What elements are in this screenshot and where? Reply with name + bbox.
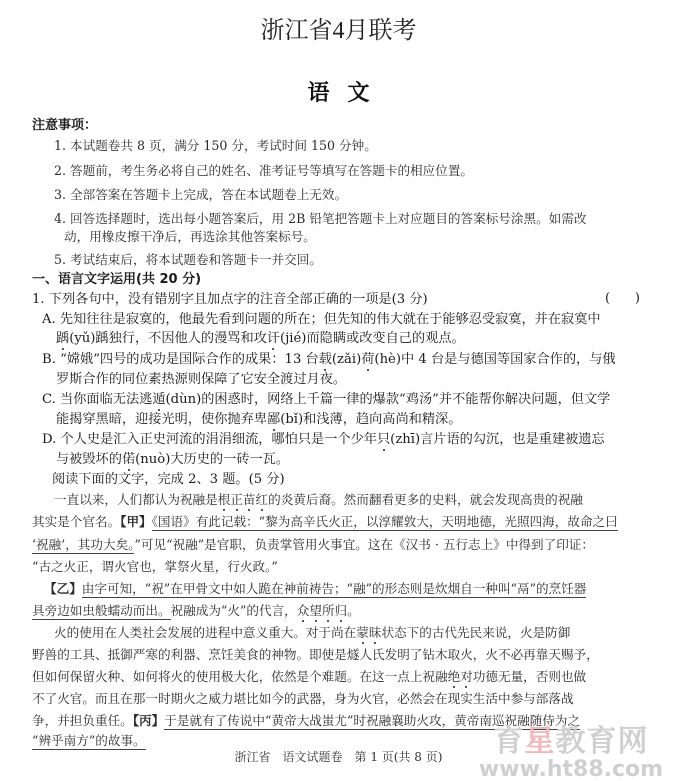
text-span: 状态下的古代先民来说，火是防御 bbox=[381, 625, 570, 640]
dotted-char: 众 bbox=[297, 603, 310, 618]
dotted-char: 正 bbox=[230, 492, 243, 507]
marker-yi: 【乙】 bbox=[44, 581, 82, 596]
text-span: 能揭穿黑暗，迎接光明，使你抛弃卑 bbox=[56, 412, 267, 427]
passage-p1-line-4: “古之火正，谓火官也，掌祭火星，行火政。” bbox=[32, 558, 278, 576]
text-span: C. 当你面临无法逃 bbox=[42, 392, 152, 407]
text-span: (bǐ)和浅薄，趋向高尚和精深。 bbox=[280, 412, 461, 427]
option-a-line-2: 踽(yǔ)踽独行，不因他人的漫骂和攻讦(jié)而隐瞒或改变自己的观点。 bbox=[56, 330, 465, 348]
text-span: (yǔ)踽独行，不因他人的漫骂和攻 bbox=[69, 331, 267, 346]
dotted-char: 踽 bbox=[56, 331, 69, 346]
notice-item-3: 3. 全部答案在答题卡上完成，答在本试题卷上无效。 bbox=[54, 186, 347, 204]
option-b-line-2: 罗斯合作的同位素热源则保障了它安全渡过月夜。 bbox=[56, 371, 346, 389]
text-span: D. 个人史是汇入正史河流的涓涓细流，哪怕只是一个少年 bbox=[42, 432, 377, 447]
passage-p3-line-2: 野兽的工具、抵御严寒的利器、烹饪美食的神物。即使是燧人氏发明了钻木取火，火不必再… bbox=[32, 646, 599, 664]
text-span: 。 bbox=[347, 603, 360, 618]
exam-title: 浙江省4月联考 bbox=[0, 10, 677, 45]
dotted-char: 鄙 bbox=[267, 412, 280, 427]
text-span: 但如何保留火种、如何将火的使用极大化，依然是个难题。在这一点上祝融 bbox=[32, 669, 448, 684]
text-span: 的炎黄后裔。然而翻看更多的史料，就会发现高贵的祝融 bbox=[268, 492, 583, 507]
passage-p1-line-3: ‘祝融’，其功大矣。”可见“祝融”是官职，负责掌管用火事宜。这在《汉书 · 五行… bbox=[32, 536, 594, 554]
passage-p1-line-2: 其实是个官名。【甲】《国语》有此记载：“黎为高辛氏火正，以淳耀敦大，天明地德，光… bbox=[32, 513, 618, 531]
notice-item-5: 5. 考试结束后，将本试题卷和答题卡一并交回。 bbox=[54, 251, 322, 269]
option-a-line-1: A. 先知往往是寂寞的，他最先看到问题的所在；但先知的伟大就在于能够忍受寂寞，并… bbox=[42, 311, 601, 329]
passage-p3-line-4: 不了火官。而且在那一时期火之威力堪比如今的武器，身为火官，必然会在现实生活中参与… bbox=[32, 690, 574, 708]
text-span: (hè)中 4 台是与德国等国家合作的，与俄 bbox=[374, 352, 615, 367]
dotted-char: 蒙 bbox=[356, 625, 369, 640]
underlined-sentence-yi: 由字可知，“祝”在甲骨文中如人跪在神前祷告；“融”的形态则是炊烟自一种叫“鬲”的… bbox=[82, 581, 587, 598]
notice-heading: 注意事项： bbox=[32, 117, 97, 135]
passage-p3-line-1: 火的使用在人类社会发展的进程中意义重大。对于尚在蒙昧状态下的古代先民来说，火是防… bbox=[54, 624, 570, 642]
marker-bing: 【丙】 bbox=[133, 713, 164, 728]
text-span: B. “嫦娥”四号的成功是国际合作的成果：13 台 bbox=[42, 352, 319, 367]
option-d-line-1: D. 个人史是汇入正史河流的涓涓细流，哪怕只是一个少年只(zhī)言片语的勾沉，… bbox=[42, 431, 605, 449]
underlined-sentence-jia: 《国语》有此记载：“黎为高辛氏火正，以淳耀敦大，天明地德，光照四海，故命之曰 bbox=[152, 514, 618, 531]
notice-item-4-cont: 动，用橡皮擦干净后，再选涂其他答案标号。 bbox=[64, 228, 316, 246]
passage-p2-line-1: 【乙】由字可知，“祝”在甲骨文中如人跪在神前祷告；“融”的形态则是炊烟自一种叫“… bbox=[44, 580, 586, 598]
dotted-char: 昧 bbox=[369, 625, 382, 640]
text-span: 教育网 bbox=[556, 724, 649, 759]
text-span: (zhī)言片语的勾沉，也是重建被遗忘 bbox=[390, 432, 605, 447]
text-span: 祝融成为“火”的代言， bbox=[171, 603, 297, 618]
exam-page: 浙江省4月联考 语文 注意事项： 1. 本试题卷共 8 页，满分 150 分，考… bbox=[0, 0, 677, 781]
text-span: 育 bbox=[494, 724, 525, 759]
dotted-char: 讦 bbox=[267, 331, 280, 346]
dotted-char: 偌 bbox=[122, 452, 135, 467]
notice-item-2: 2. 答题前，考生务必将自己的姓名、准考证号等填写在答题卡的相应位置。 bbox=[54, 162, 473, 180]
dotted-char: 望 bbox=[309, 603, 322, 618]
text-span: 火的使用在人类社会发展的进程中意义重大。对于尚在 bbox=[54, 625, 356, 640]
notice-item-4: 4. 回答选择题时，选出每小题答案后，用 2B 铅笔把答题卡上对应题目的答案标号… bbox=[54, 210, 586, 228]
dotted-char: 所 bbox=[322, 603, 335, 618]
option-d-line-2: 与被毁坏的偌(nuò)大历史的一砖一瓦。 bbox=[56, 451, 289, 469]
marker-jia: 【甲】 bbox=[120, 514, 151, 529]
answer-bracket: ( ) bbox=[605, 291, 640, 306]
text-span: ”可见“祝融”是官职，负责掌管用火事宜。这在《汉书 · 五行志上》中得到了印证： bbox=[134, 537, 594, 552]
section-1-heading: 一、语言文字运用(共 20 分) bbox=[32, 271, 201, 289]
notice-item-1: 1. 本试题卷共 8 页，满分 150 分，考试时间 150 分钟。 bbox=[54, 137, 377, 155]
dotted-char: 遁 bbox=[152, 392, 165, 407]
dotted-char: 对 bbox=[460, 669, 473, 684]
text-span: 与被毁坏的 bbox=[56, 452, 122, 467]
dotted-char: 根 bbox=[218, 492, 231, 507]
text-span: 争，并担负重任。 bbox=[32, 713, 133, 728]
text-span: (jié)而隐瞒或改变自己的观点。 bbox=[280, 331, 465, 346]
text-span: 一直以来，人们都认为祝融是 bbox=[54, 492, 218, 507]
watermark-url: www.ht88.com bbox=[471, 758, 671, 781]
passage-p2-line-2: 具旁边如虫般蠕动而出。祝融成为“火”的代言，众望所归。 bbox=[32, 602, 360, 620]
underlined-sentence-jia-cont: ‘祝融’，其功大矣。 bbox=[32, 537, 134, 554]
text-span: (zǎi) bbox=[332, 352, 361, 367]
dotted-char: 红 bbox=[256, 492, 269, 507]
underlined-sentence-yi-cont: 具旁边如虫般蠕动而出。 bbox=[32, 603, 171, 620]
subject-title: 语文 bbox=[0, 76, 677, 107]
dotted-char: 归 bbox=[335, 603, 348, 618]
watermark-logo: 育星教育网 www.ht88.com bbox=[471, 726, 671, 781]
reading-instruction: 阅读下面的文字，完成 2、3 题。(5 分) bbox=[52, 471, 285, 489]
text-span: 功德无量，否则也做 bbox=[473, 669, 586, 684]
dotted-char: 载 bbox=[319, 352, 332, 367]
dotted-char: 只 bbox=[377, 432, 390, 447]
option-c-line-1: C. 当你面临无法逃遁(dùn)的困惑时，网络上千篇一律的爆款“鸡汤”并不能帮你… bbox=[42, 391, 610, 409]
passage-p1-line-1: 一直以来，人们都认为祝融是根正苗红的炎黄后裔。然而翻看更多的史料，就会发现高贵的… bbox=[54, 491, 583, 509]
dotted-char: 荷 bbox=[361, 352, 374, 367]
option-c-line-2: 能揭穿黑暗，迎接光明，使你抛弃卑鄙(bǐ)和浅薄，趋向高尚和精深。 bbox=[56, 411, 461, 429]
question-1-stem: 1. 下列各句中，没有错别字且加点字的注音全部正确的一项是(3 分) bbox=[32, 291, 428, 309]
dotted-char: 绝 bbox=[448, 669, 461, 684]
option-b-line-1: B. “嫦娥”四号的成功是国际合作的成果：13 台载(zǎi)荷(hè)中 4 … bbox=[42, 351, 616, 369]
text-span: (nuò)大历史的一砖一瓦。 bbox=[135, 452, 289, 467]
text-span: (dùn)的困惑时，网络上千篇一律的爆款“鸡汤”并不能帮你解决问题，但文学 bbox=[166, 392, 611, 407]
passage-p3-line-3: 但如何保留火种、如何将火的使用极大化，依然是个难题。在这一点上祝融绝对功德无量，… bbox=[32, 668, 586, 686]
watermark-name: 育星教育网 bbox=[471, 726, 671, 758]
dotted-char: 苗 bbox=[243, 492, 256, 507]
text-span: 星 bbox=[525, 724, 556, 759]
text-span: 其实是个官名。 bbox=[32, 514, 120, 529]
